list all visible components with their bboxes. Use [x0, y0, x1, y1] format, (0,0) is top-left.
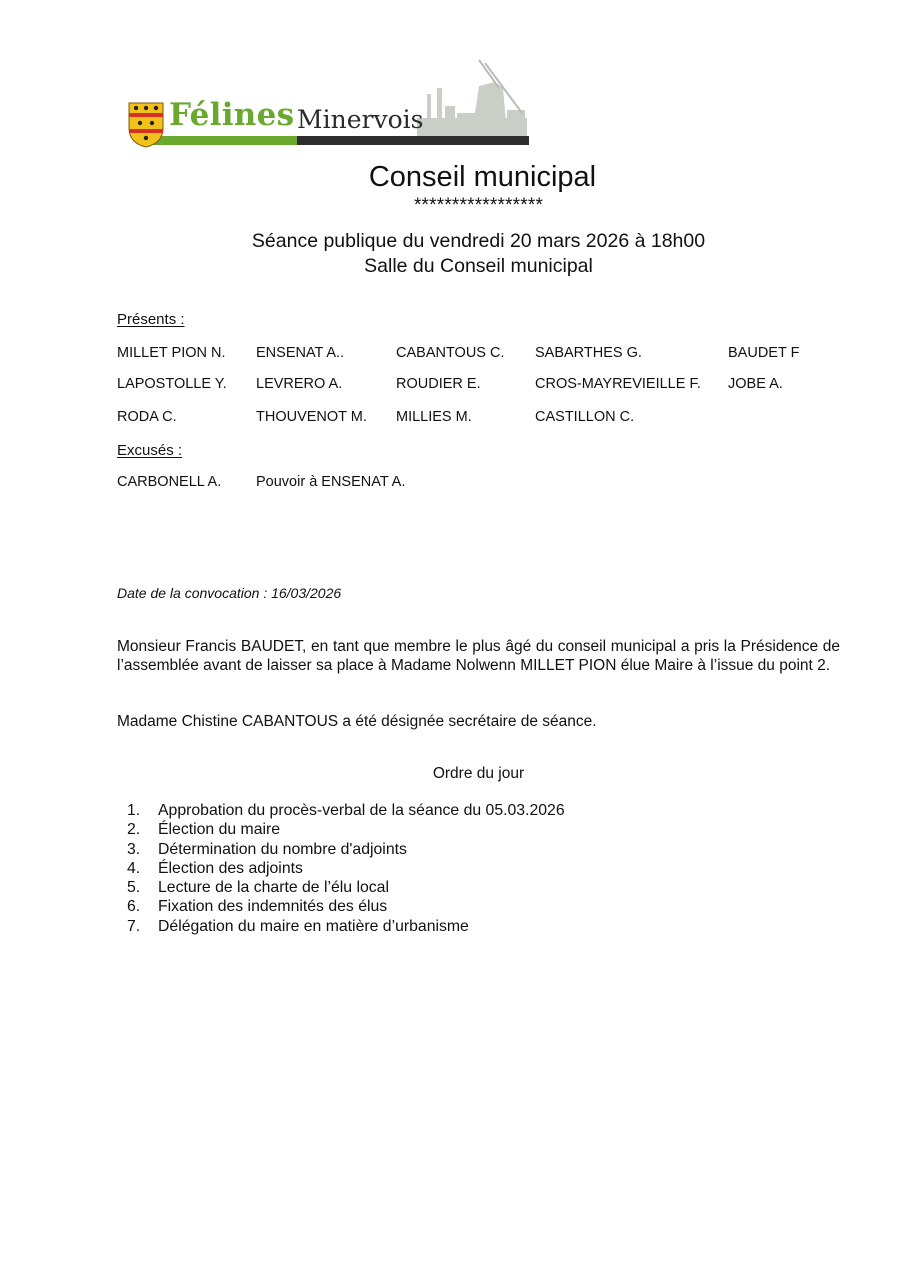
attendee-name: ROUDIER E. — [396, 375, 481, 393]
attendee-name: ENSENAT A.. — [256, 344, 344, 362]
agenda-item: 3.Détermination du nombre d'adjoints — [127, 840, 565, 859]
agenda-item-text: Lecture de la charte de l’élu local — [158, 879, 389, 896]
coat-of-arms-icon — [129, 103, 163, 147]
document-title: Conseil municipal — [0, 160, 900, 194]
session-location: Salle du Conseil municipal — [0, 254, 900, 278]
logo-word-felines: Félines — [169, 100, 294, 131]
agenda-item: 5.Lecture de la charte de l’élu local — [127, 878, 565, 897]
proxy-note: Pouvoir à ENSENAT A. — [256, 473, 405, 491]
agenda-item-number: 2. — [127, 820, 158, 839]
attendee-name: MILLIES M. — [396, 408, 472, 426]
excuses-label: Excusés : — [117, 442, 182, 460]
municipality-logo: Félines Minervois — [127, 58, 529, 148]
agenda-title: Ordre du jour — [0, 764, 900, 783]
agenda-item-number: 1. — [127, 801, 158, 820]
attendee-name: LEVRERO A. — [256, 375, 342, 393]
attendee-name: LAPOSTOLLE Y. — [117, 375, 227, 393]
agenda-item: 1.Approbation du procès-verbal de la séa… — [127, 801, 565, 820]
agenda-list: 1.Approbation du procès-verbal de la séa… — [127, 801, 565, 936]
agenda-item: 6.Fixation des indemnités des élus — [127, 897, 565, 916]
agenda-item-text: Élection du maire — [158, 821, 280, 838]
attendee-name: JOBE A. — [728, 375, 783, 393]
presidency-paragraph: Monsieur Francis BAUDET, en tant que mem… — [117, 637, 840, 675]
agenda-item: 4.Élection des adjoints — [127, 859, 565, 878]
attendee-name: CASTILLON C. — [535, 408, 634, 426]
attendee-name: MILLET PION N. — [117, 344, 226, 362]
title-separator: ***************** — [0, 196, 900, 216]
agenda-item-number: 6. — [127, 897, 158, 916]
agenda-item-number: 4. — [127, 859, 158, 878]
agenda-item: 2.Élection du maire — [127, 820, 565, 839]
logo-word-minervois: Minervois — [297, 107, 423, 132]
agenda-item-text: Fixation des indemnités des élus — [158, 898, 387, 915]
agenda-item-number: 3. — [127, 840, 158, 859]
agenda-item-text: Délégation du maire en matière d’urbanis… — [158, 918, 469, 935]
presents-label: Présents : — [117, 311, 185, 329]
agenda-item: 7.Délégation du maire en matière d’urban… — [127, 917, 565, 936]
attendee-name: BAUDET F — [728, 344, 799, 362]
agenda-item-number: 5. — [127, 878, 158, 897]
excused-name: CARBONELL A. — [117, 473, 221, 491]
attendee-name: CABANTOUS C. — [396, 344, 505, 362]
secretary-paragraph: Madame Chistine CABANTOUS a été désignée… — [117, 712, 840, 731]
attendee-name: RODA C. — [117, 408, 177, 426]
attendee-name: CROS-MAYREVIEILLE F. — [535, 375, 701, 393]
convocation-date: Date de la convocation : 16/03/2026 — [117, 584, 341, 602]
attendee-name: THOUVENOT M. — [256, 408, 367, 426]
attendee-name: SABARTHES G. — [535, 344, 642, 362]
agenda-item-text: Détermination du nombre d'adjoints — [158, 841, 407, 858]
agenda-item-text: Approbation du procès-verbal de la séanc… — [158, 802, 565, 819]
session-date: Séance publique du vendredi 20 mars 2026… — [0, 229, 900, 253]
agenda-item-number: 7. — [127, 917, 158, 936]
agenda-item-text: Élection des adjoints — [158, 860, 303, 877]
